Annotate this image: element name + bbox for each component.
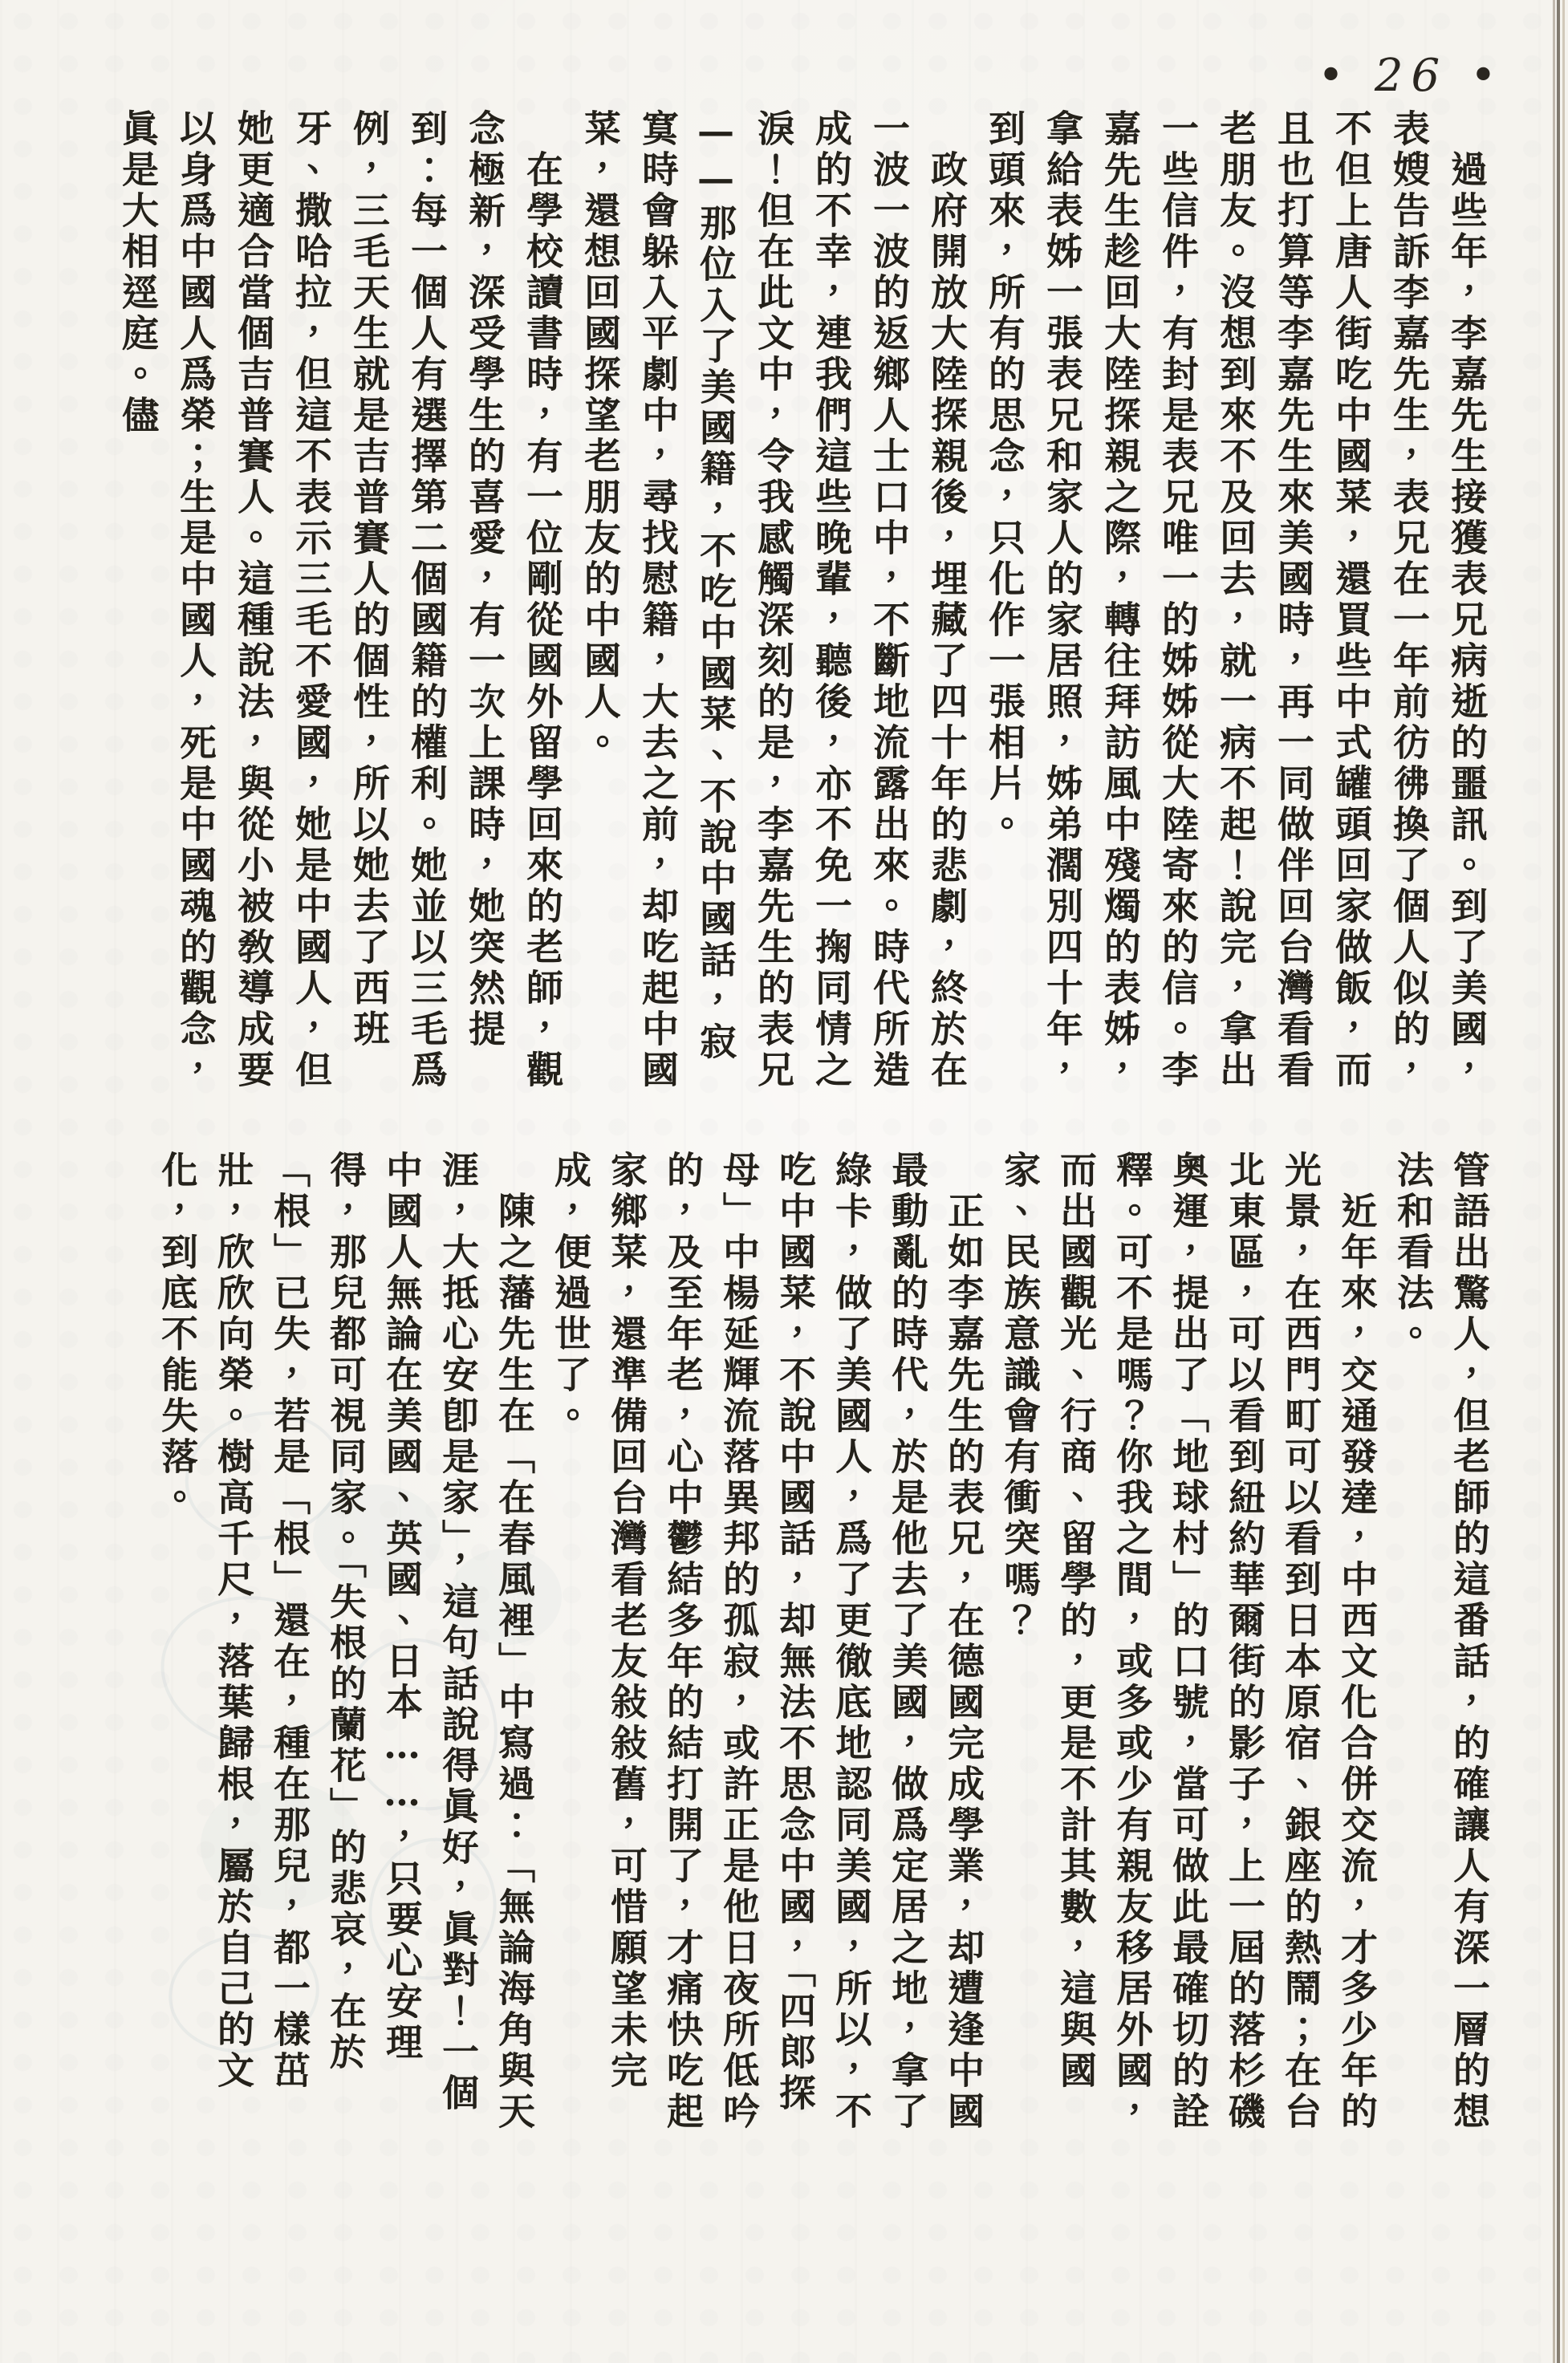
- paragraph: 正如李嘉先生的表兄，在德國完成學業，却遭逢中國最動亂的時代，於是他去了美國，做爲…: [542, 1151, 992, 2142]
- paragraph: 在學校讀書時，有一位剛從國外留學回來的老師，觀念極新，深受學生的喜愛，有一次上課…: [109, 109, 571, 1098]
- paragraph: 陳之藩先生在「在春風裡」中寫過：「無論海角與天涯，大抵心安卽是家」，這句話說得眞…: [149, 1151, 542, 2142]
- article-bottom-block: 管語出驚人，但老師的這番話，的確讓人有深一層的想法和看法。 近年來，交通發達，中…: [149, 1151, 1497, 2142]
- paragraph-continuation: 管語出驚人，但老師的這番話，的確讓人有深一層的想法和看法。: [1385, 1151, 1497, 2142]
- paragraph: 近年來，交通發達，中西文化合併交流，才多少年的光景，在西門町可以看到日本原宿、銀…: [992, 1151, 1385, 2142]
- binding-edge-line: [1557, 0, 1560, 2363]
- binding-edge: [1544, 0, 1568, 2363]
- page-number: • 26 •: [1318, 50, 1494, 102]
- paragraph: 過些年，李嘉先生接獲表兄病逝的噩訊。到了美國，表嫂告訴李嘉先生，表兄在一年前彷彿…: [976, 109, 1496, 1098]
- paragraph: 政府開放大陸探親後，埋藏了四十年的悲劇，終於在一波一波的返鄉人士口中，不斷地流露…: [571, 109, 976, 1098]
- binding-edge-line: [1562, 0, 1565, 2363]
- scanned-magazine-page: • 26 • 過些年，李嘉先生接獲表兄病逝的噩訊。到了美國，表嫂告訴李嘉先生，表…: [0, 0, 1568, 2363]
- binding-edge-line: [1553, 0, 1555, 2363]
- article-top-block: 過些年，李嘉先生接獲表兄病逝的噩訊。到了美國，表嫂告訴李嘉先生，表兄在一年前彷彿…: [109, 109, 1496, 1098]
